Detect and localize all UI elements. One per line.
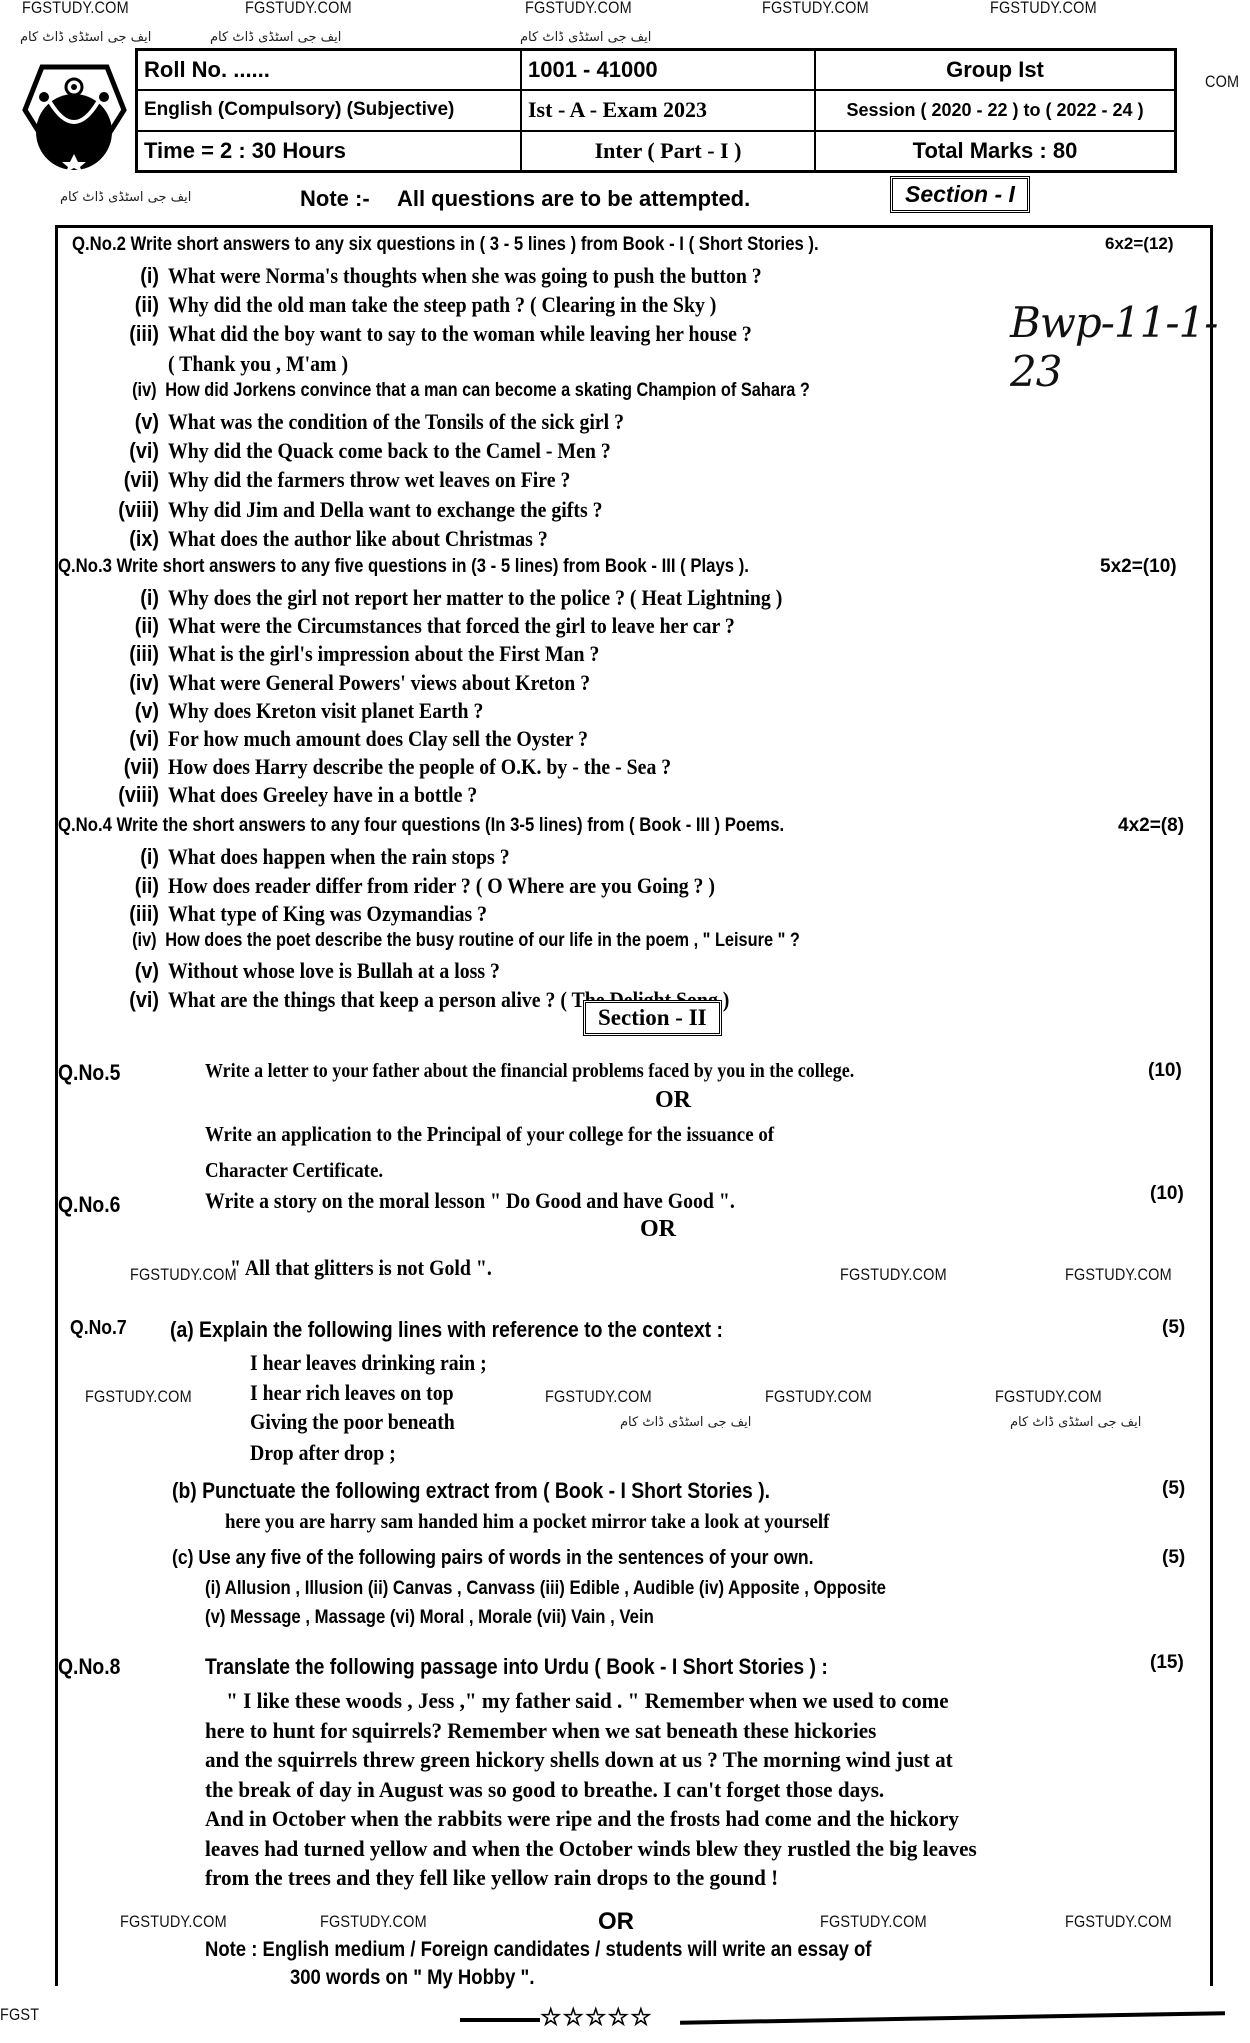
q5-text: Write a letter to your father about the … <box>205 1060 854 1083</box>
item-number: (ii) <box>105 613 159 639</box>
item-number: (v) <box>105 698 159 724</box>
item-text: Why does Kreton visit planet Earth ? <box>168 698 483 723</box>
note-text: All questions are to be attempted. <box>397 186 750 211</box>
q6-text: Write a story on the moral lesson " Do G… <box>205 1188 735 1214</box>
q5-or: OR <box>655 1087 691 1114</box>
q3-item: (viii)What does Greeley have in a bottle… <box>105 782 477 808</box>
q5-marks: (10) <box>1148 1060 1182 1082</box>
passage-line: And in October when the rabbits were rip… <box>205 1804 1069 1834</box>
urdu-watermark: ایف جی اسٹڈی ڈاٹ کام <box>520 30 651 45</box>
q6-alt: " All that glitters is not Gold ". <box>230 1255 492 1281</box>
watermark: FGSTUDY.COM <box>765 1387 872 1407</box>
q2-item: (iv)How did Jorkens convince that a man … <box>105 380 810 402</box>
q4-item: (ii)How does reader differ from rider ? … <box>105 873 715 899</box>
watermark: FGSTUDY.COM <box>120 1912 227 1932</box>
watermark: FGSTUDY.COM <box>995 1387 1102 1407</box>
watermark: FGSTUDY.COM <box>320 1912 427 1932</box>
item-number: (iv) <box>105 380 157 402</box>
footer-rule <box>460 2018 540 2022</box>
item-number: (vi) <box>105 726 159 752</box>
item-text: What does Greeley have in a bottle ? <box>168 782 477 807</box>
q3-item: (vii)How does Harry describe the people … <box>105 754 671 780</box>
item-text: ( Thank you , M'am ) <box>168 351 348 376</box>
item-number: (v) <box>105 958 159 984</box>
item-text: Why did Jim and Della want to exchange t… <box>168 497 603 522</box>
item-text: What does the author like about Christma… <box>168 526 548 551</box>
q2-title: Q.No.2 Write short answers to any six qu… <box>72 234 819 256</box>
q7-poem-line-1: I hear leaves drinking rain ; <box>250 1350 487 1376</box>
watermark: FGSTUDY.COM <box>85 1387 192 1407</box>
q4-title: Q.No.4 Write the short answers to any fo… <box>58 815 784 837</box>
section-one-heading: Section - I <box>890 176 1030 213</box>
q6-marks: (10) <box>1150 1183 1184 1205</box>
q7-poem-line-2: I hear rich leaves on top <box>250 1380 454 1406</box>
q4-item: (iii)What type of King was Ozymandias ? <box>105 901 487 927</box>
item-text: What were Norma's thoughts when she was … <box>168 263 762 288</box>
time-label: Time = 2 : 30 Hours <box>137 131 522 172</box>
q7b-marks: (5) <box>1162 1478 1185 1500</box>
q7c-pairs-line2: (v) Message , Massage (vi) Moral , Moral… <box>205 1607 654 1629</box>
item-number: (i) <box>105 844 159 870</box>
q2-item: (iii)What did the boy want to say to the… <box>105 321 752 347</box>
q2-item: (v)What was the condition of the Tonsils… <box>105 409 624 435</box>
watermark: FGSTUDY.COM <box>525 0 632 18</box>
q7-poem-line-3: Giving the poor beneath <box>250 1409 455 1435</box>
passage-line: from the trees and they fell like yellow… <box>205 1863 1069 1893</box>
q3-item: (v)Why does Kreton visit planet Earth ? <box>105 698 483 724</box>
q2-item: (i)What were Norma's thoughts when she w… <box>105 263 762 289</box>
note-label: Note :- <box>300 186 370 211</box>
q8-or: OR <box>598 1908 634 1936</box>
item-text: What did the boy want to say to the woma… <box>168 321 752 346</box>
item-number: (viii) <box>105 782 159 808</box>
q7c-pairs-line1: (i) Allusion , Illusion (ii) Canvas , Ca… <box>205 1578 886 1600</box>
q7-poem-line-4: Drop after drop ; <box>250 1440 396 1466</box>
q6-or: OR <box>640 1216 676 1243</box>
roll-number-label: Roll No. ...... <box>137 50 522 91</box>
q3-item: (i)Why does the girl not report her matt… <box>105 585 782 611</box>
passage-line: leaves had turned yellow and when the Oc… <box>205 1834 1069 1864</box>
q4-item: (v)Without whose love is Bullah at a los… <box>105 958 500 984</box>
q2-item: (vii)Why did the farmers throw wet leave… <box>105 467 570 493</box>
item-text: Why does the girl not report her matter … <box>168 585 782 610</box>
q7a-marks: (5) <box>1162 1317 1185 1339</box>
passage-line: the break of day in August was so good t… <box>205 1775 1069 1805</box>
session-label: Session ( 2020 - 22 ) to ( 2022 - 24 ) <box>815 90 1176 130</box>
q7b-extract: here you are harry sam handed him a pock… <box>225 1509 829 1534</box>
q2-marks: 6x2=(12) <box>1105 234 1174 254</box>
q4-item: (i)What does happen when the rain stops … <box>105 844 510 870</box>
q8-note-line2: 300 words on " My Hobby ". <box>290 1966 534 1990</box>
q3-marks: 5x2=(10) <box>1100 556 1177 578</box>
item-text: How does Harry describe the people of O.… <box>168 754 671 779</box>
q3-item: (iv)What were General Powers' views abou… <box>105 670 590 696</box>
group-label: Group Ist <box>815 50 1176 91</box>
q8-passage: " I like these woods , Jess ," my father… <box>205 1686 1069 1893</box>
item-number: (ii) <box>105 292 159 318</box>
watermark: FGSTUDY.COM <box>1065 1265 1172 1285</box>
item-text: What were the Circumstances that forced … <box>168 613 735 638</box>
q7-label: Q.No.7 <box>70 1317 127 1340</box>
urdu-watermark: ایف جی اسٹڈی ڈاٹ کام <box>210 30 341 45</box>
exam-header-table: Roll No. ...... 1001 - 41000 Group Ist E… <box>135 48 1177 173</box>
urdu-watermark: ایف جی اسٹڈی ڈاٹ کام <box>620 1415 751 1430</box>
q3-item: (vi)For how much amount does Clay sell t… <box>105 726 588 752</box>
q3-item: (ii)What were the Circumstances that for… <box>105 613 735 639</box>
roll-number-value: 1001 - 41000 <box>521 50 815 91</box>
watermark: FGSTUDY.COM <box>990 0 1097 18</box>
watermark: FGST <box>0 2005 39 2025</box>
item-text: Without whose love is Bullah at a loss ? <box>168 958 500 983</box>
q2-item: (viii)Why did Jim and Della want to exch… <box>105 497 603 523</box>
q6-label: Q.No.6 <box>58 1192 120 1218</box>
item-number: (iv) <box>105 670 159 696</box>
q8-marks: (15) <box>1150 1652 1184 1674</box>
watermark: FGSTUDY.COM <box>1065 1912 1172 1932</box>
item-text: What does happen when the rain stops ? <box>168 844 510 869</box>
item-number: (iii) <box>105 321 159 347</box>
footer-rule <box>680 2011 1225 2025</box>
q3-title: Q.No.3 Write short answers to any five q… <box>58 556 749 578</box>
item-text: How does the poet describe the busy rout… <box>165 930 800 951</box>
item-text: Why did the Quack come back to the Camel… <box>168 438 611 463</box>
q5-label: Q.No.5 <box>58 1060 120 1086</box>
item-text: What type of King was Ozymandias ? <box>168 901 487 926</box>
subject-label: English (Compulsory) (Subjective) <box>137 90 522 130</box>
item-number: (iii) <box>105 901 159 927</box>
q3-item: (iii)What is the girl's impression about… <box>105 641 599 667</box>
item-number: (v) <box>105 409 159 435</box>
q7c-marks: (5) <box>1162 1547 1185 1569</box>
item-number: (i) <box>105 585 159 611</box>
item-number: (iii) <box>105 641 159 667</box>
item-number: (vi) <box>105 987 159 1013</box>
q7a-title: (a) Explain the following lines with ref… <box>170 1317 723 1343</box>
general-note: Note :- All questions are to be attempte… <box>300 186 750 212</box>
q4-item: (iv)How does the poet describe the busy … <box>105 930 800 952</box>
item-text: What were General Powers' views about Kr… <box>168 670 590 695</box>
q2-item: ( Thank you , M'am ) <box>105 351 348 377</box>
item-text: Why did the farmers throw wet leaves on … <box>168 467 570 492</box>
q5-alt-line1: Write an application to the Principal of… <box>205 1122 774 1147</box>
watermark: FGSTUDY.COM <box>245 0 352 18</box>
passage-line: " I like these woods , Jess ," my father… <box>205 1686 1069 1716</box>
urdu-watermark: ایف جی اسٹڈی ڈاٹ کام <box>1010 1415 1141 1430</box>
item-number: (ii) <box>105 873 159 899</box>
watermark: FGSTUDY.COM <box>22 0 129 18</box>
item-number: (iv) <box>105 930 157 952</box>
q7c-title: (c) Use any five of the following pairs … <box>172 1547 814 1570</box>
item-number: (vii) <box>105 467 159 493</box>
section-two-heading: Section - II <box>583 1000 722 1036</box>
urdu-watermark: ایف جی اسٹڈی ڈاٹ کام <box>20 30 151 45</box>
q2-item: (ii)Why did the old man take the steep p… <box>105 292 716 318</box>
item-number: (vi) <box>105 438 159 464</box>
item-number: (i) <box>105 263 159 289</box>
q7b-title: (b) Punctuate the following extract from… <box>172 1478 770 1504</box>
q8-title: Translate the following passage into Urd… <box>205 1654 828 1680</box>
item-number: (vii) <box>105 754 159 780</box>
handwritten-note: Bwp-11-1-23 <box>1010 298 1250 396</box>
item-text: How does reader differ from rider ? ( O … <box>168 873 715 898</box>
watermark: FGSTUDY.COM <box>762 0 869 18</box>
passage-line: here to hunt for squirrels? Remember whe… <box>205 1716 1069 1746</box>
q4-marks: 4x2=(8) <box>1118 815 1184 837</box>
item-text: How did Jorkens convince that a man can … <box>165 380 810 401</box>
item-text: What was the condition of the Tonsils of… <box>168 409 624 434</box>
item-text: Why did the old man take the steep path … <box>168 292 716 317</box>
q5-alt-line2: Character Certificate. <box>205 1158 383 1183</box>
q2-item: (ix)What does the author like about Chri… <box>105 526 548 552</box>
footer-stars: ☆☆☆☆☆ <box>540 2003 653 2032</box>
watermark: FGSTUDY.COM <box>840 1265 947 1285</box>
q8-note-line1: Note : English medium / Foreign candidat… <box>205 1938 871 1962</box>
item-text: For how much amount does Clay sell the O… <box>168 726 588 751</box>
watermark: FGSTUDY.COM <box>545 1387 652 1407</box>
q2-item: (vi)Why did the Quack come back to the C… <box>105 438 611 464</box>
total-marks-label: Total Marks : 80 <box>815 131 1176 172</box>
urdu-watermark: ایف جی اسٹڈی ڈاٹ کام <box>60 190 191 205</box>
watermark: COM <box>1205 72 1239 92</box>
board-logo-icon <box>22 62 127 172</box>
q8-label: Q.No.8 <box>58 1654 120 1680</box>
watermark: FGSTUDY.COM <box>820 1912 927 1932</box>
item-number: (ix) <box>105 526 159 552</box>
passage-line: and the squirrels threw green hickory sh… <box>205 1745 1069 1775</box>
item-text: What is the girl's impression about the … <box>168 641 599 666</box>
watermark: FGSTUDY.COM <box>130 1265 237 1285</box>
level-label: Inter ( Part - I ) <box>521 131 815 172</box>
item-number: (viii) <box>105 497 159 523</box>
exam-label: Ist - A - Exam 2023 <box>521 90 815 130</box>
